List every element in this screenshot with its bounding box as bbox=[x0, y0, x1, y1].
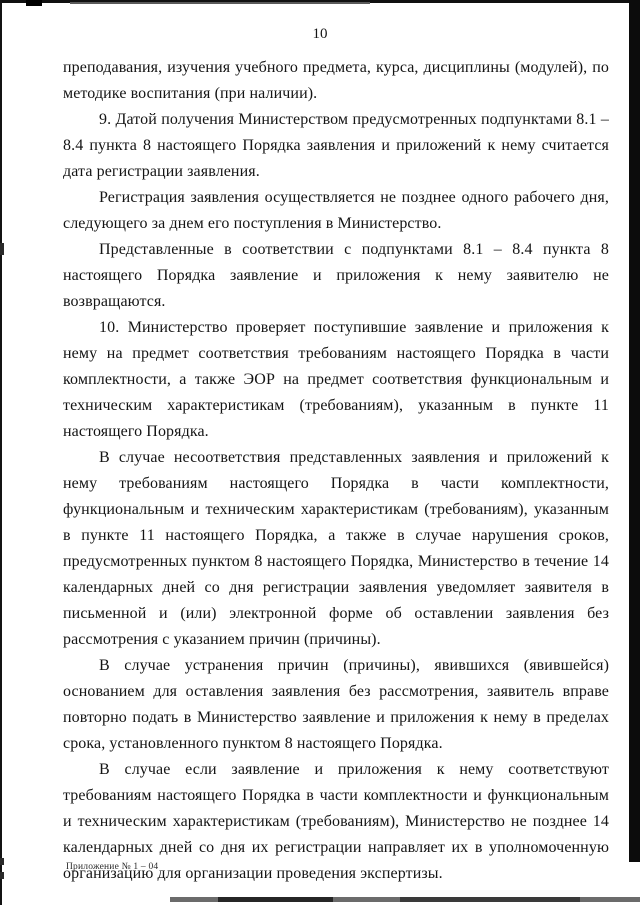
scan-edge-left bbox=[0, 0, 2, 905]
body-paragraph-registration: Регистрация заявления осуществляется не … bbox=[63, 185, 609, 237]
scan-edge-right bbox=[629, 0, 640, 862]
footer-annex-label: Приложение № 1 – 04 bbox=[66, 862, 158, 872]
scan-artifact-mark bbox=[0, 243, 4, 255]
body-paragraph-resubmission: В случае устранения причин (причины), яв… bbox=[63, 653, 609, 757]
scan-edge-bottom-dark bbox=[218, 897, 333, 902]
body-paragraph-submitted: Представленные в соответствии с подпункт… bbox=[63, 237, 609, 315]
scan-edge-top-tick bbox=[26, 0, 42, 6]
body-paragraph-noncompliance: В случае несоответствия представленных з… bbox=[63, 445, 609, 653]
page-number: 10 bbox=[0, 26, 640, 43]
document-body: преподавания, изучения учебного предмета… bbox=[63, 55, 609, 887]
scan-artifact-mark bbox=[0, 872, 4, 879]
scan-edge-top-gray bbox=[70, 2, 370, 4]
scan-artifact-mark bbox=[0, 858, 4, 865]
body-paragraph-9: 9. Датой получения Министерством предусм… bbox=[63, 107, 609, 185]
document-page: 10 преподавания, изучения учебного предм… bbox=[0, 0, 640, 905]
body-paragraph-continuation: преподавания, изучения учебного предмета… bbox=[63, 55, 609, 107]
scan-edge-bottom-dark bbox=[400, 897, 580, 902]
body-paragraph-10: 10. Министерство проверяет поступившие з… bbox=[63, 315, 609, 445]
